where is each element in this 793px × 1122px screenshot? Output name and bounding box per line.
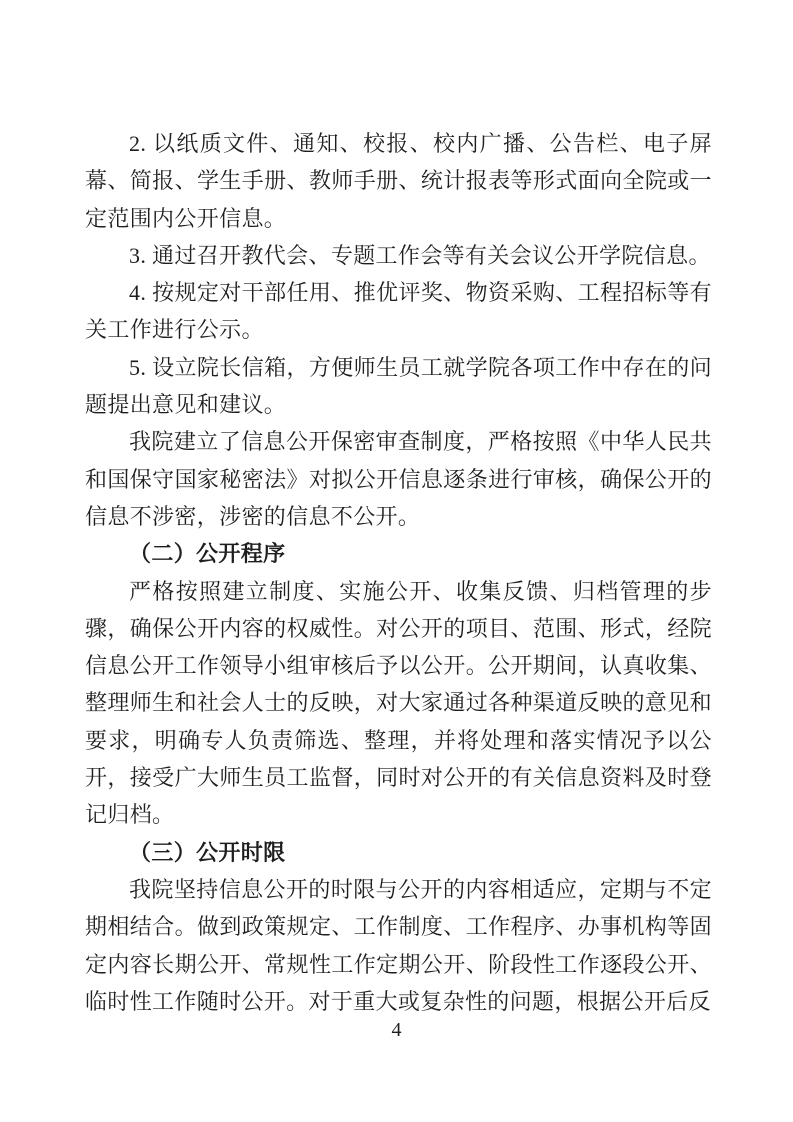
list-item-5: 5. 设立院长信箱，方便师生员工就学院各项工作中存在的问题提出意见和建议。	[85, 349, 712, 424]
page-number: 4	[0, 1016, 793, 1044]
paragraph-confidentiality-review: 我院建立了信息公开保密审查制度，严格按照《中华人民共和国保守国家秘密法》对拟公开…	[85, 423, 712, 535]
section-heading-disclosure-time-limit: （三）公开时限	[85, 834, 712, 871]
paragraph-disclosure-time-limit: 我院坚持信息公开的时限与公开的内容相适应，定期与不定期相结合。做到政策规定、工作…	[85, 871, 712, 1020]
document-body: 2. 以纸质文件、通知、校报、校内广播、公告栏、电子屏幕、简报、学生手册、教师手…	[85, 125, 712, 1020]
list-item-3: 3. 通过召开教代会、专题工作会等有关会议公开学院信息。	[85, 237, 712, 274]
list-item-4: 4. 按规定对干部任用、推优评奖、物资采购、工程招标等有关工作进行公示。	[85, 274, 712, 349]
section-heading-disclosure-procedure: （二）公开程序	[85, 535, 712, 572]
paragraph-disclosure-procedure: 严格按照建立制度、实施公开、收集反馈、归档管理的步骤，确保公开内容的权威性。对公…	[85, 573, 712, 834]
list-item-2: 2. 以纸质文件、通知、校报、校内广播、公告栏、电子屏幕、简报、学生手册、教师手…	[85, 125, 712, 237]
